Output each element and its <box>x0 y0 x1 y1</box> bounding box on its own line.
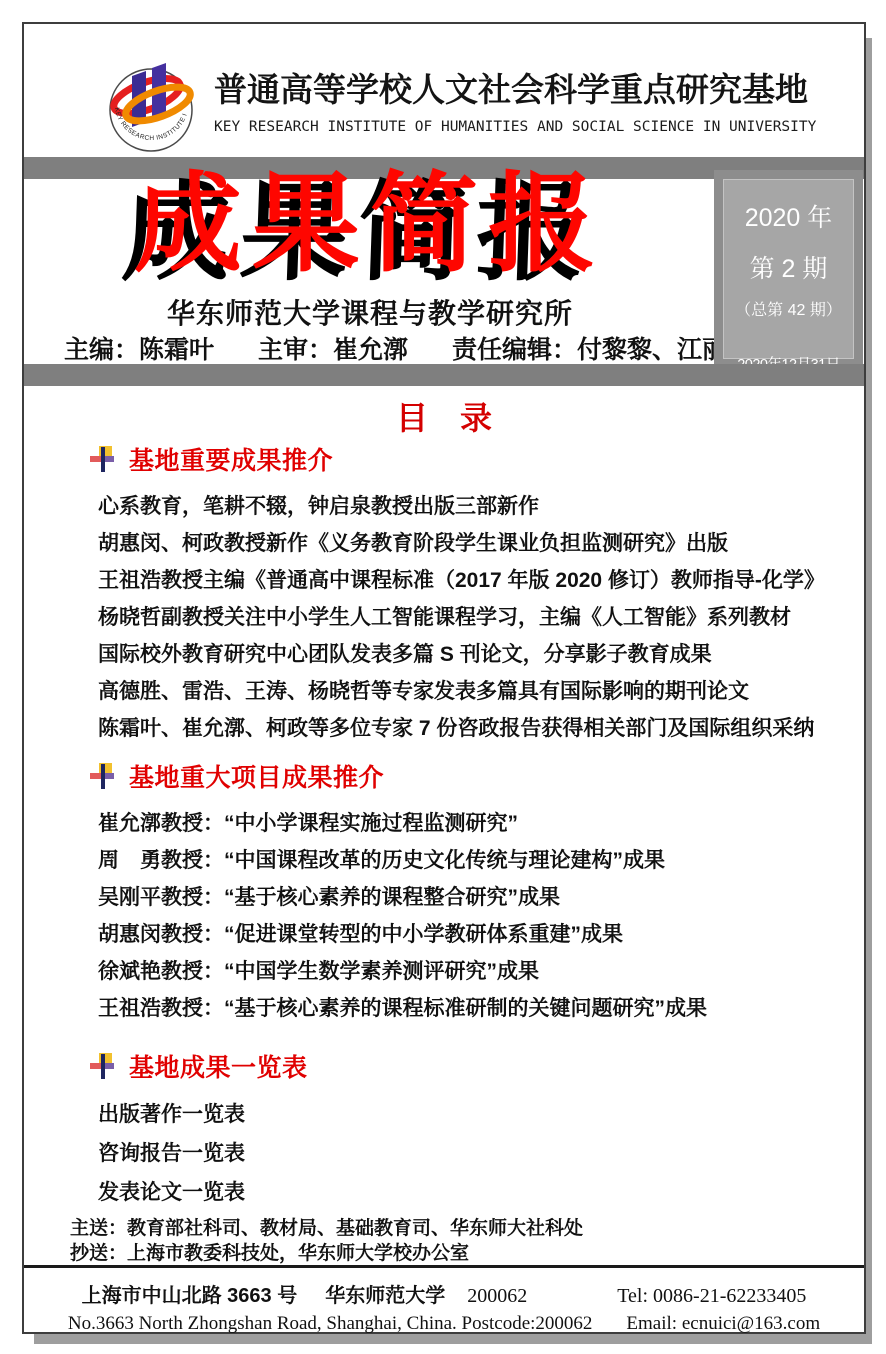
section-heading-2: 基地重大项目成果推介 <box>90 761 864 791</box>
section-bullet-icon <box>90 1053 116 1080</box>
issue-total: （总第 42 期） <box>724 297 853 320</box>
toc-item: 崔允漷教授：“中小学课程实施过程监测研究” <box>98 805 864 842</box>
toc-item: 国际校外教育研究中心团队发表多篇 S 刊论文，分享影子教育成果 <box>98 636 864 673</box>
editor-reviewer: 主审：崔允漷 <box>258 330 408 366</box>
section-heading-3: 基地成果一览表 <box>90 1051 864 1081</box>
toc-item: 杨晓哲副教授关注中小学生人工智能课程学习，主编《人工智能》系列教材 <box>98 599 864 636</box>
bulletin-subtitle: 华东师范大学课程与教学研究所 <box>24 292 716 332</box>
toc-item: 胡惠闵教授：“促进课堂转型的中小学教研体系重建”成果 <box>98 916 864 953</box>
document-page: KEY RESEARCH INSTITUTE IN UNIVERSITY 普通高… <box>22 22 866 1334</box>
toc-item: 高德胜、雷浩、王涛、杨晓哲等专家发表多篇具有国际影响的期刊论文 <box>98 673 864 710</box>
distribution-copy: 抄送：上海市教委科技处，华东师大学校办公室 <box>70 1241 864 1266</box>
page-footer: 上海市中山北路 3663 号 华东师范大学 200062 Tel: 0086-2… <box>24 1265 864 1332</box>
section-2-items: 崔允漷教授：“中小学课程实施过程监测研究” 周 勇教授：“中国课程改革的历史文化… <box>24 805 864 1027</box>
toc-item: 王祖浩教授主编《普通高中课程标准（2017 年版 2020 修订）教师指导-化学… <box>98 562 864 599</box>
toc-item: 周 勇教授：“中国课程改革的历史文化传统与理论建构”成果 <box>98 842 864 879</box>
footer-tel: Tel: 0086-21-62233405 <box>617 1285 806 1308</box>
toc-item: 心系教育，笔耕不辍，钟启泉教授出版三部新作 <box>98 488 864 525</box>
section-heading-1: 基地重要成果推介 <box>90 444 864 474</box>
section-bullet-icon <box>90 763 116 790</box>
toc-item: 王祖浩教授：“基于核心素养的课程标准研制的关键问题研究”成果 <box>98 990 864 1027</box>
toc-item: 发表论文一览表 <box>98 1173 864 1212</box>
table-of-contents: 目 录 基地重要成果推介 心系教育，笔耕不辍，钟启泉教授出版三部新作 胡惠闵、柯… <box>24 386 864 1266</box>
footer-address-cn: 上海市中山北路 3663 号 <box>82 1279 298 1308</box>
toc-item: 徐斌艳教授：“中国学生数学素养测评研究”成果 <box>98 953 864 990</box>
editor-line: 主编：陈霜叶 主审：崔允漷 责任编辑：付黎黎、江丽娟 <box>64 330 752 366</box>
section-bullet-icon <box>90 446 116 473</box>
toc-item: 陈霜叶、崔允漷、柯政等多位专家 7 份咨政报告获得相关部门及国际组织采纳 <box>98 710 864 747</box>
institute-header: KEY RESEARCH INSTITUTE IN UNIVERSITY 普通高… <box>24 24 864 157</box>
toc-item: 胡惠闵、柯政教授新作《义务教育阶段学生课业负担监测研究》出版 <box>98 525 864 562</box>
toc-item: 吴刚平教授：“基于核心素养的课程整合研究”成果 <box>98 879 864 916</box>
footer-university: 华东师范大学 <box>325 1279 445 1308</box>
toc-item: 咨询报告一览表 <box>98 1134 864 1173</box>
distribution-list: 主送：教育部社科司、教材局、基础教育司、华东师大社科处 抄送：上海市教委科技处，… <box>70 1216 864 1266</box>
toc-item: 出版著作一览表 <box>98 1095 864 1134</box>
footer-email: Email: ecnuici@163.com <box>626 1313 820 1335</box>
section-1-items: 心系教育，笔耕不辍，钟启泉教授出版三部新作 胡惠闵、柯政教授新作《义务教育阶段学… <box>24 488 864 747</box>
footer-postcode: 200062 <box>467 1285 527 1308</box>
section-heading-label: 基地成果一览表 <box>129 1048 308 1084</box>
institute-name-en: KEY RESEARCH INSTITUTE OF HUMANITIES AND… <box>214 119 844 135</box>
section-heading-label: 基地重大项目成果推介 <box>129 758 384 794</box>
institute-logo-icon: KEY RESEARCH INSTITUTE IN UNIVERSITY <box>94 56 208 154</box>
institute-name-cn: 普通高等学校人文社会科学重点研究基地 <box>214 64 844 111</box>
toc-title: 目 录 <box>24 400 864 436</box>
section-heading-label: 基地重要成果推介 <box>129 441 333 477</box>
editor-responsible: 责任编辑：付黎黎、江丽娟 <box>452 330 752 366</box>
issue-number: 第 2 期 <box>724 249 853 285</box>
editor-chief: 主编：陈霜叶 <box>64 330 214 366</box>
issue-year: 2020 年 <box>724 198 853 234</box>
issue-info-box: 2020 年 第 2 期 （总第 42 期） 2020年12月31日 <box>714 170 863 368</box>
distribution-main: 主送：教育部社科司、教材局、基础教育司、华东师大社科处 <box>70 1216 864 1241</box>
bulletin-title: 成果简报 成果简报 <box>24 166 716 296</box>
section-3-items: 出版著作一览表 咨询报告一览表 发表论文一览表 <box>24 1095 864 1212</box>
footer-address-en: No.3663 North Zhongshan Road, Shanghai, … <box>68 1313 593 1335</box>
bulletin-title-text: 成果简报 <box>24 166 716 286</box>
divider-bar-bottom <box>24 364 864 386</box>
